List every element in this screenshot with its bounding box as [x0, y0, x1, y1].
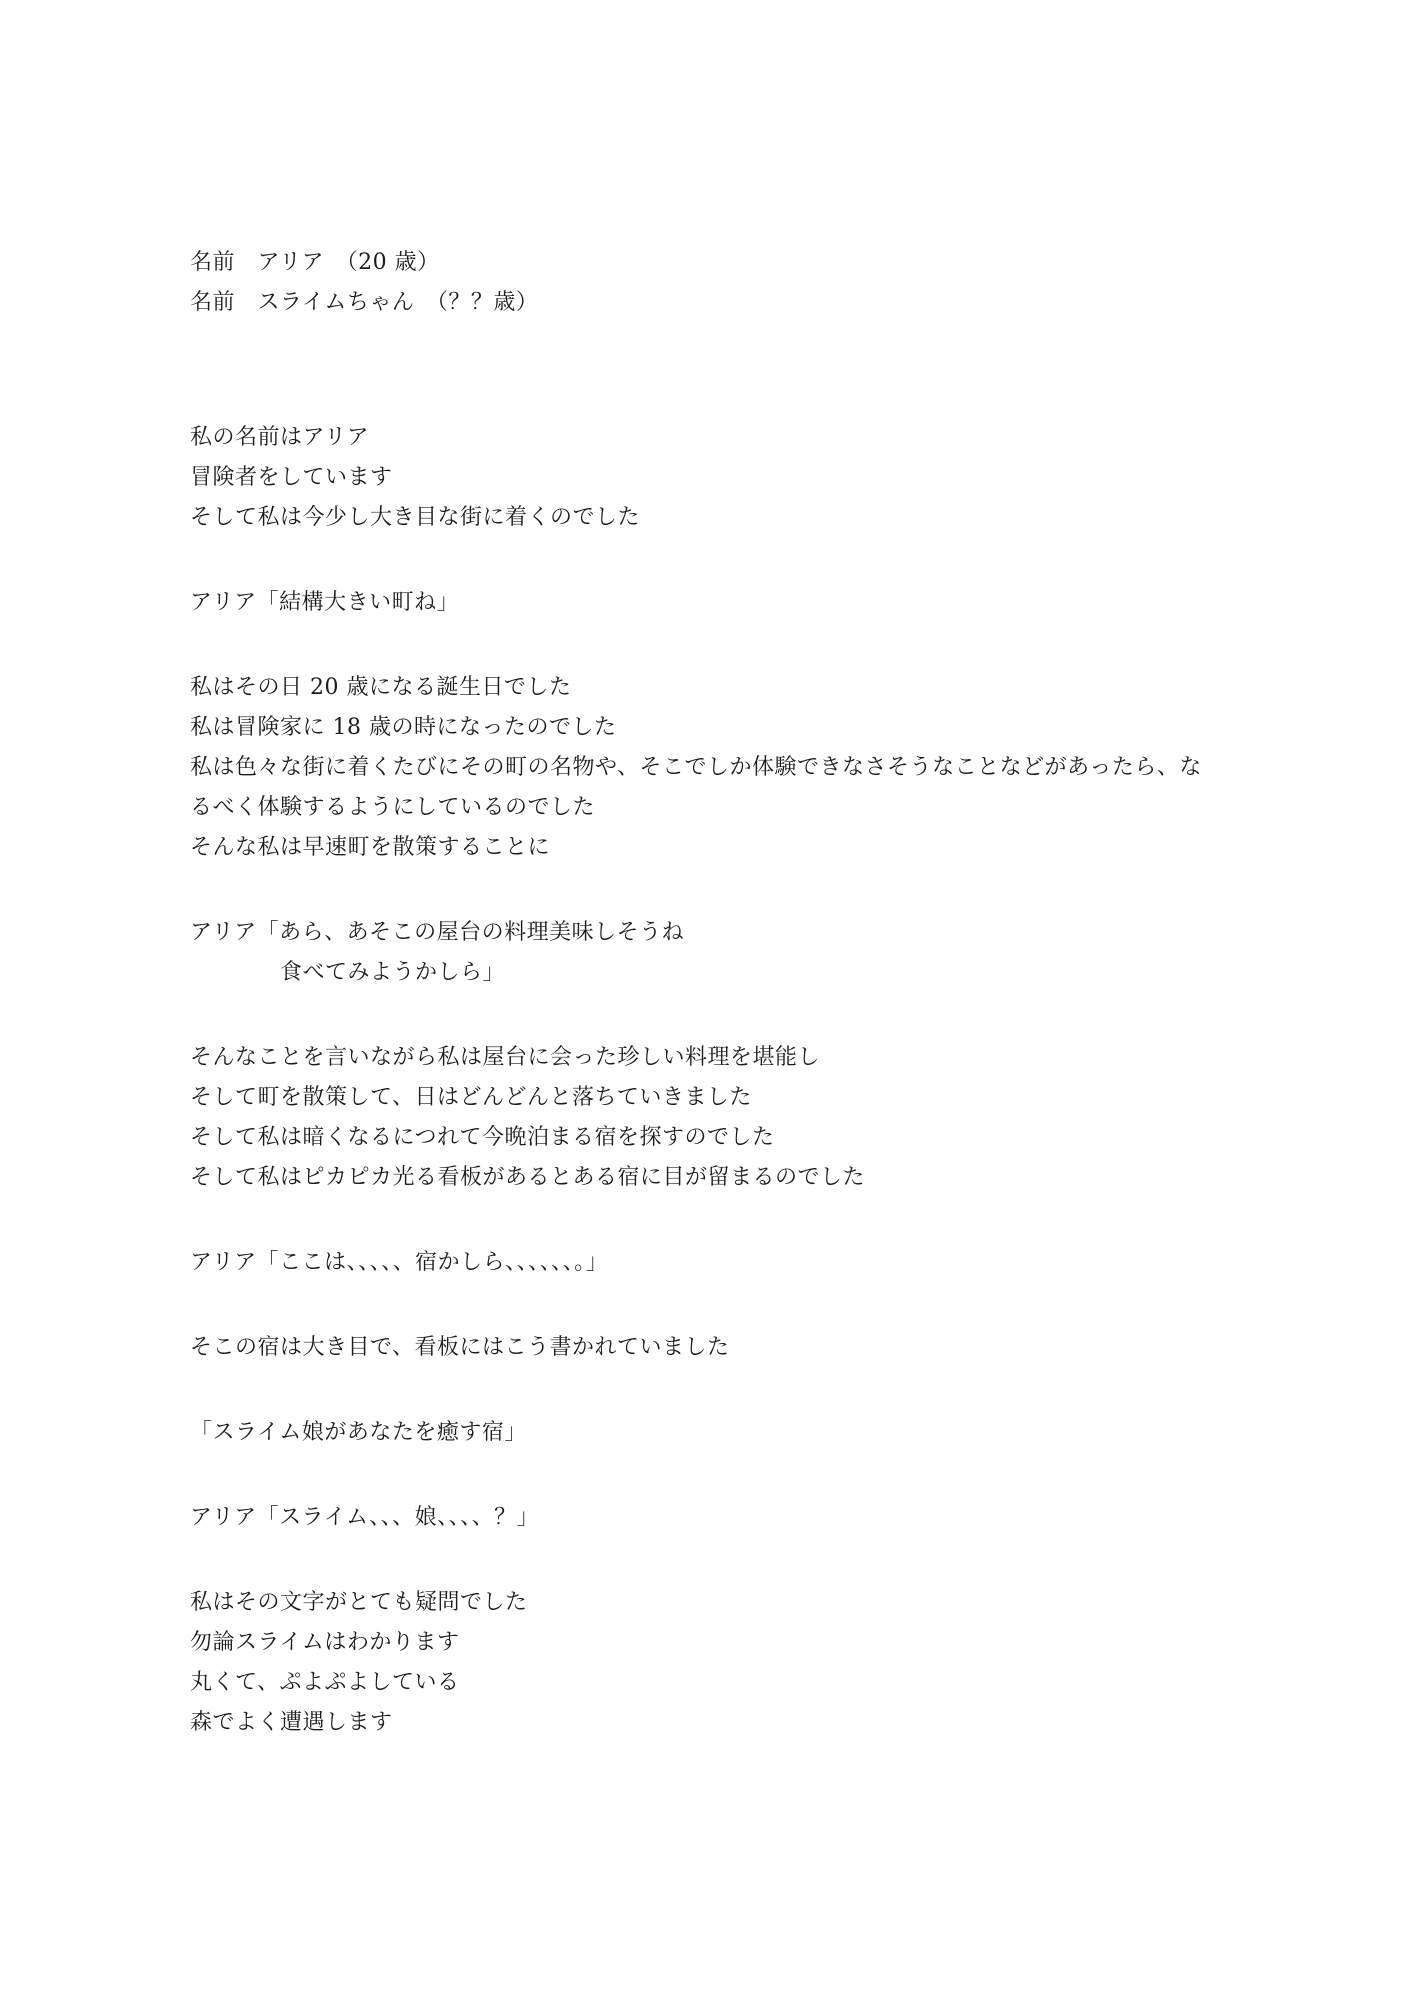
text-line: 勿論スライムはわかります — [190, 1623, 1290, 1663]
text-line: アリア「あら、あそこの屋台の料理美味しそうね — [190, 913, 1290, 953]
text-line: そして私は今少し大き目な街に着くのでした — [190, 498, 1290, 538]
text-line: るべく体験するようにしているのでした — [190, 788, 1290, 828]
text-line: そんな私は早速町を散策することに — [190, 828, 1290, 868]
paragraph: 「スライム娘があなたを癒す宿」 — [190, 1413, 1290, 1453]
text-line: アリア「スライム、、、娘、、、、？」 — [190, 1498, 1290, 1538]
text-line: 私は色々な街に着くたびにその町の名物や、そこでしか体験できなさそうなことなどがあ… — [190, 748, 1290, 788]
paragraph: 私の名前はアリア冒険者をしていますそして私は今少し大き目な街に着くのでした — [190, 418, 1290, 538]
text-line: 冒険者をしています — [190, 458, 1290, 498]
paragraph: アリア「スライム、、、娘、、、、？」 — [190, 1498, 1290, 1538]
text-line: そして私は暗くなるにつれて今晩泊まる宿を探すのでした — [190, 1118, 1290, 1158]
paragraph: アリア「ここは、、、、、宿かしら、、、、、、。」 — [190, 1243, 1290, 1283]
text-line: そして私はピカピカ光る看板があるとある宿に目が留まるのでした — [190, 1158, 1290, 1198]
text-line: 丸くて、ぷよぷよしている — [190, 1663, 1290, 1703]
paragraph: アリア「結構大きい町ね」 — [190, 583, 1290, 623]
text-line: 「スライム娘があなたを癒す宿」 — [190, 1413, 1290, 1453]
paragraph: 名前 アリア （20 歳）名前 スライムちゃん （？？歳） — [190, 243, 1290, 323]
text-line: 私は冒険家に 18 歳の時になったのでした — [190, 708, 1290, 748]
paragraph: そこの宿は大き目で、看板にはこう書かれていました — [190, 1328, 1290, 1368]
paragraph: 私はその文字がとても疑問でした勿論スライムはわかります丸くて、ぷよぷよしている森… — [190, 1583, 1290, 1743]
paragraph: 私はその日 20 歳になる誕生日でした私は冒険家に 18 歳の時になったのでした… — [190, 668, 1290, 868]
paragraph: アリア「あら、あそこの屋台の料理美味しそうね 食べてみようかしら」 — [190, 913, 1290, 993]
text-line: 私はその日 20 歳になる誕生日でした — [190, 668, 1290, 708]
text-line: そして町を散策して、日はどんどんと落ちていきました — [190, 1078, 1290, 1118]
text-line: アリア「ここは、、、、、宿かしら、、、、、、。」 — [190, 1243, 1290, 1283]
text-line: 私はその文字がとても疑問でした — [190, 1583, 1290, 1623]
text-line: そんなことを言いながら私は屋台に会った珍しい料理を堪能し — [190, 1038, 1290, 1078]
paragraph: そんなことを言いながら私は屋台に会った珍しい料理を堪能しそして町を散策して、日は… — [190, 1038, 1290, 1198]
text-line: 私の名前はアリア — [190, 418, 1290, 458]
text-line: 食べてみようかしら」 — [190, 953, 1290, 993]
text-line: 名前 スライムちゃん （？？歳） — [190, 283, 1290, 323]
document-body: 名前 アリア （20 歳）名前 スライムちゃん （？？歳）私の名前はアリア冒険者… — [190, 243, 1290, 1788]
text-line: 森でよく遭遇します — [190, 1703, 1290, 1743]
document-page: 名前 アリア （20 歳）名前 スライムちゃん （？？歳）私の名前はアリア冒険者… — [0, 0, 1414, 2000]
text-line: 名前 アリア （20 歳） — [190, 243, 1290, 283]
text-line: アリア「結構大きい町ね」 — [190, 583, 1290, 623]
text-line: そこの宿は大き目で、看板にはこう書かれていました — [190, 1328, 1290, 1368]
